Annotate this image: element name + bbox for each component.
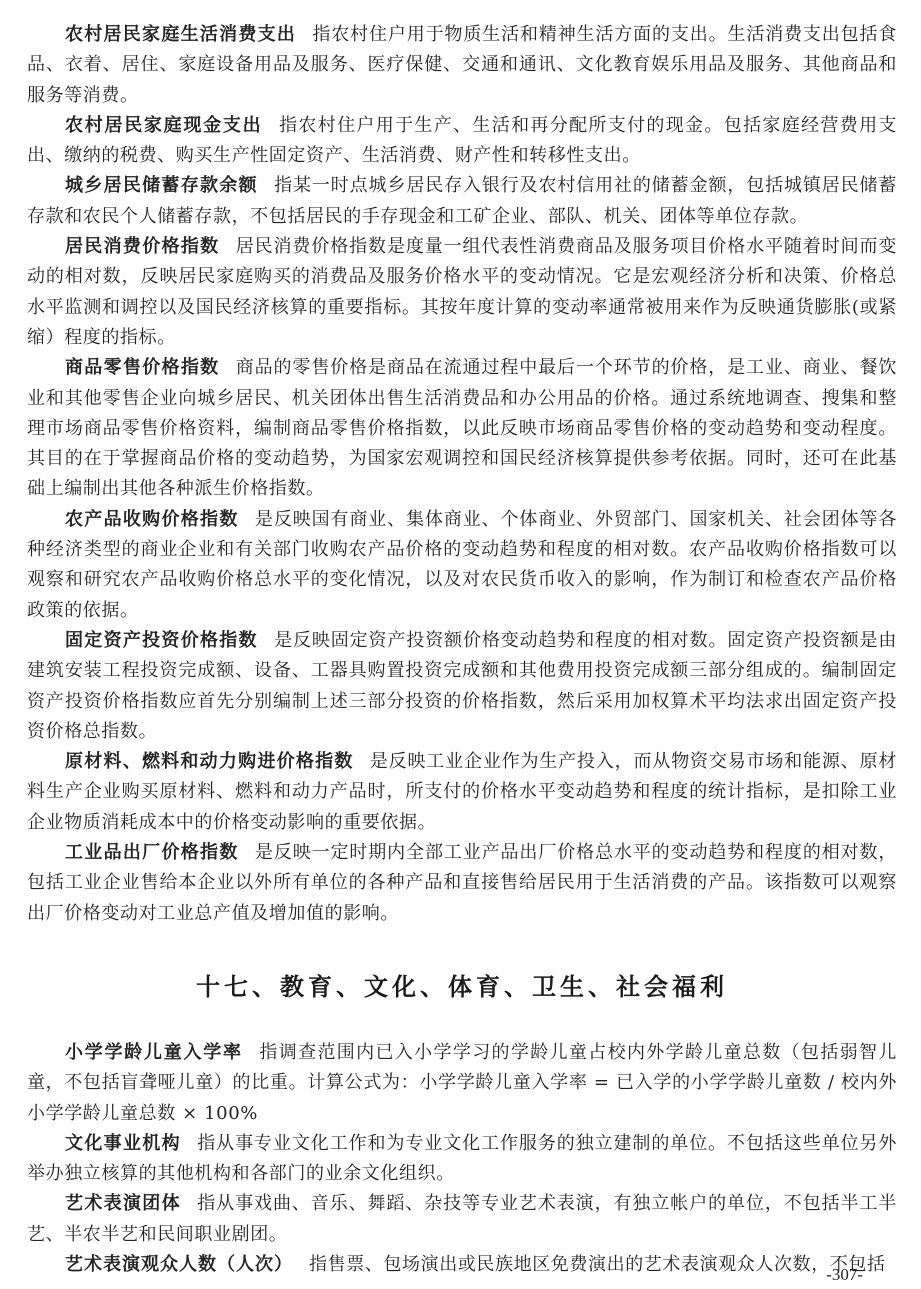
definition-entry: 艺术表演团体指从事戏曲、音乐、舞蹈、杂技等专业艺术表演，有独立帐户的单位，不包括… [27, 1189, 897, 1250]
term: 商品零售价格指数 [65, 357, 219, 378]
definition-entry: 小学学龄儿童入学率指调查范围内已入小学学习的学龄儿童占校内外学龄儿童总数（包括弱… [27, 1038, 897, 1129]
term: 居民消费价格指数 [65, 236, 219, 257]
term: 原材料、燃料和动力购进价格指数 [65, 751, 354, 772]
section-education-culture: 小学学龄儿童入学率指调查范围内已入小学学习的学龄儿童占校内外学龄儿童总数（包括弱… [27, 1038, 897, 1280]
definition-entry: 艺术表演观众人数（人次）指售票、包场演出或民族地区免费演出的艺术表演观众人次数，… [27, 1250, 897, 1280]
definition-entry: 文化事业机构指从事专业文化工作和为专业文化工作服务的独立建制的单位。不包括这些单… [27, 1129, 897, 1190]
definition-entry: 居民消费价格指数居民消费价格指数是度量一组代表性消费商品及服务项目价格水平随着时… [27, 232, 897, 353]
term: 艺术表演观众人数（人次） [65, 1254, 293, 1275]
term: 艺术表演团体 [65, 1193, 181, 1214]
term: 城乡居民储蓄存款余额 [65, 175, 258, 196]
term: 文化事业机构 [65, 1133, 181, 1154]
term: 农产品收购价格指数 [65, 509, 239, 530]
term: 农村居民家庭现金支出 [65, 115, 262, 136]
definition-entry: 工业品出厂价格指数是反映一定时期内全部工业产品出厂价格总水平的变动趋势和程度的相… [27, 838, 897, 929]
term: 农村居民家庭生活消费支出 [65, 24, 296, 45]
document-page: 农村居民家庭生活消费支出指农村住户用于物质生活和精神生活方面的支出。生活消费支出… [27, 20, 897, 1280]
definition-entry: 商品零售价格指数商品的零售价格是商品在流通过程中最后一个环节的价格，是工业、商业… [27, 353, 897, 504]
definition-text: 指售票、包场演出或民族地区免费演出的艺术表演观众人次数，不包括 [309, 1254, 886, 1275]
section-heading: 十七、教育、文化、体育、卫生、社会福利 [27, 967, 897, 1002]
term: 固定资产投资价格指数 [65, 630, 258, 651]
definition-entry: 固定资产投资价格指数是反映固定资产投资额价格变动趋势和程度的相对数。固定资产投资… [27, 626, 897, 747]
definition-entry: 城乡居民储蓄存款余额指某一时点城乡居民存入银行及农村信用社的储蓄金额，包括城镇居… [27, 171, 897, 232]
definition-entry: 原材料、燃料和动力购进价格指数是反映工业企业作为生产投入，而从物资交易市场和能源… [27, 747, 897, 838]
definition-entry: 农村居民家庭生活消费支出指农村住户用于物质生活和精神生活方面的支出。生活消费支出… [27, 20, 897, 111]
definition-entry: 农产品收购价格指数是反映国有商业、集体商业、个体商业、外贸部门、国家机关、社会团… [27, 505, 897, 626]
definition-text: 商品的零售价格是商品在流通过程中最后一个环节的价格，是工业、商业、餐饮业和其他零… [27, 357, 897, 499]
term: 工业品出厂价格指数 [65, 842, 239, 863]
page-number: -307- [826, 1265, 863, 1285]
definition-entry: 农村居民家庭现金支出指农村住户用于生产、生活和再分配所支付的现金。包括家庭经营费… [27, 111, 897, 172]
term: 小学学龄儿童入学率 [65, 1042, 243, 1063]
section-prices: 农村居民家庭生活消费支出指农村住户用于物质生活和精神生活方面的支出。生活消费支出… [27, 20, 897, 929]
